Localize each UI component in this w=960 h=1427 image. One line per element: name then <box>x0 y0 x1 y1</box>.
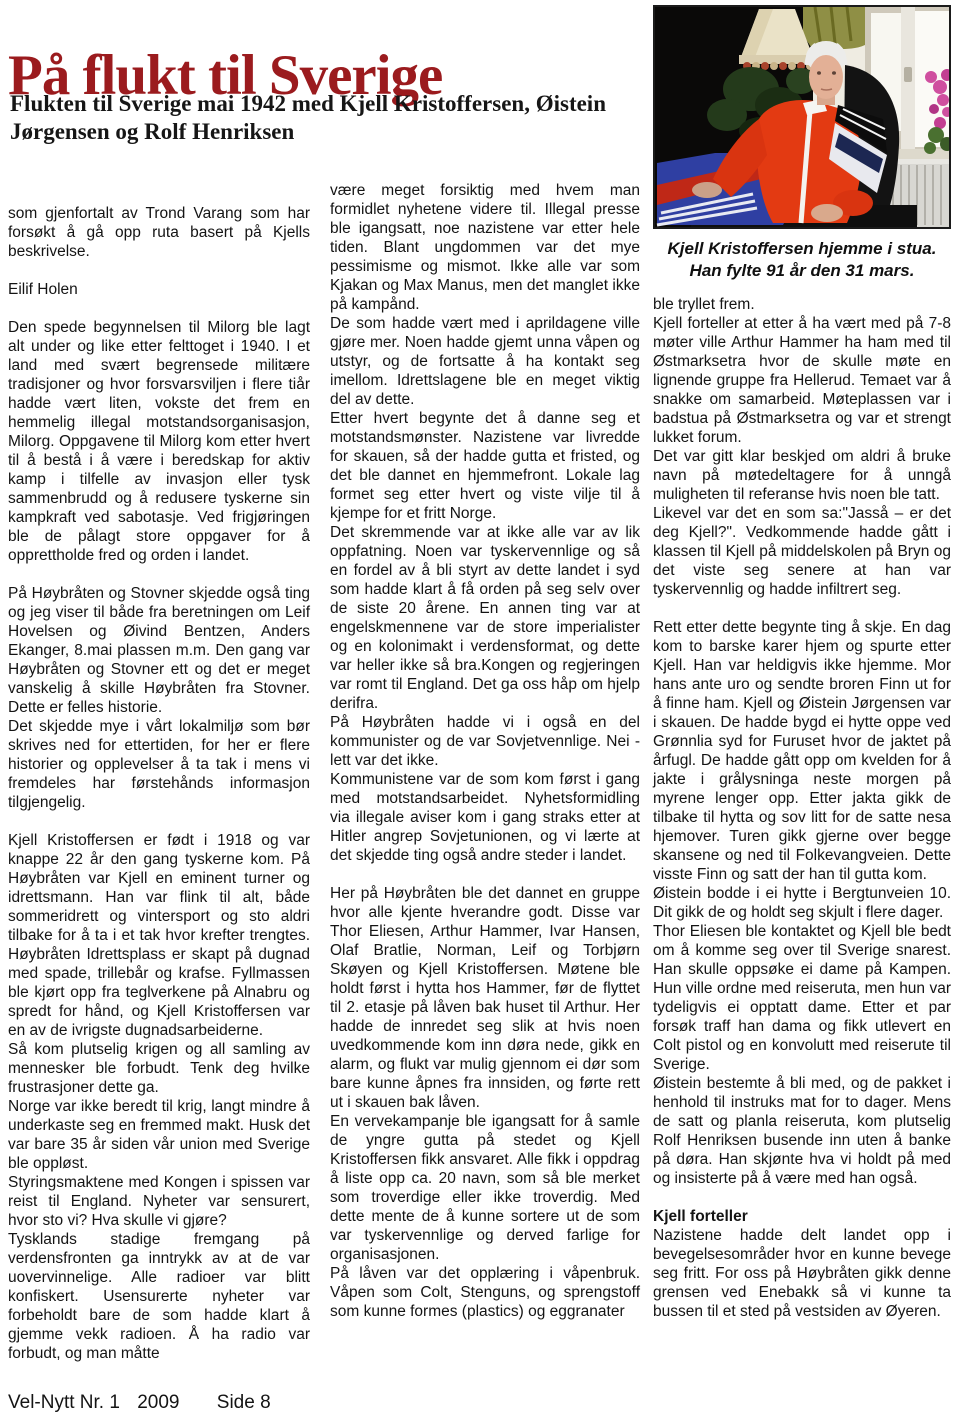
paragraph: Tysklands stadige fremgang på verdensfro… <box>8 1230 310 1363</box>
paragraph: På låven var det opplæring i våpenbruk. … <box>330 1264 640 1321</box>
footer-page-number: Side 8 <box>217 1392 271 1414</box>
photo-caption-line1: Kjell Kristoffersen hjemme i stua. <box>653 238 951 260</box>
photo-illustration <box>655 7 949 227</box>
photo-caption: Kjell Kristoffersen hjemme i stua. Han f… <box>653 238 951 282</box>
paragraph: Eilif Holen <box>8 280 310 299</box>
photo-kjell-kristoffersen <box>653 5 951 229</box>
paragraph: Norge var ikke beredt til krig, langt mi… <box>8 1097 310 1173</box>
text-column-right: Kjell Kristoffersen hjemme i stua. Han f… <box>653 5 951 1321</box>
newsletter-page: På flukt til Sverige Flukten til Sverige… <box>0 0 960 1427</box>
paragraph: ble tryllet frem. <box>653 295 951 314</box>
paragraph: Så kom plutselig krigen og all samling a… <box>8 1040 310 1097</box>
paragraph: Den spede begynnelsen til Milorg ble lag… <box>8 318 310 565</box>
paragraph: Kjell Kristoffersen er født i 1918 og va… <box>8 831 310 1040</box>
paragraph: Thor Eliesen ble kontaktet og Kjell ble … <box>653 922 951 1074</box>
paragraph: Her på Høybråten ble det dannet en grupp… <box>330 884 640 1112</box>
text-column-left: som gjenfortalt av Trond Varang som har … <box>8 204 310 1363</box>
paragraph: En vervekampanje ble igangsatt for å sam… <box>330 1112 640 1264</box>
paragraph: Rett etter dette begynte ting å skje. En… <box>653 618 951 884</box>
photo-caption-line2: Han fylte 91 år den 31 mars. <box>653 260 951 282</box>
paragraph: På Høybråten og Stovner skjedde også tin… <box>8 584 310 717</box>
section-heading: Kjell forteller <box>653 1207 951 1226</box>
footer-year: 2009 <box>137 1392 179 1414</box>
paragraph: være meget forsiktig med hvem man formid… <box>330 181 640 314</box>
paragraph: Likevel var det en som sa:"Jasså – er de… <box>653 504 951 599</box>
text-column-right-body: ble tryllet frem.Kjell forteller at ette… <box>653 295 951 1321</box>
paragraph: Nazistene hadde delt landet opp i bevege… <box>653 1226 951 1321</box>
paragraph: Øistein bodde i ei hytte i Bergtunveien … <box>653 884 951 922</box>
paragraph: Etter hvert begynte det å danne seg et m… <box>330 409 640 523</box>
paragraph: De som hadde vært med i aprildagene vill… <box>330 314 640 409</box>
page-footer: Vel-Nytt Nr. 1 2009 Side 8 <box>8 1392 271 1414</box>
page-subtitle: Flukten til Sverige mai 1942 med Kjell K… <box>10 90 625 146</box>
footer-publication: Vel-Nytt Nr. 1 <box>8 1392 120 1414</box>
text-column-middle: være meget forsiktig med hvem man formid… <box>330 181 640 1321</box>
paragraph: Det skjedde mye i vårt lokalmiljø som bø… <box>8 717 310 812</box>
paragraph: som gjenfortalt av Trond Varang som har … <box>8 204 310 261</box>
paragraph: Kjell forteller at etter å ha vært med p… <box>653 314 951 447</box>
paragraph: Det skremmende var at ikke alle var av l… <box>330 523 640 713</box>
paragraph: Øistein bestemte å bli med, og de pakket… <box>653 1074 951 1188</box>
paragraph: Kommunistene var de som kom først i gang… <box>330 770 640 865</box>
paragraph: Styringsmaktene med Kongen i spissen var… <box>8 1173 310 1230</box>
paragraph: Det var gitt klar beskjed om aldri å bru… <box>653 447 951 504</box>
paragraph: På Høybråten hadde vi i også en del komm… <box>330 713 640 770</box>
